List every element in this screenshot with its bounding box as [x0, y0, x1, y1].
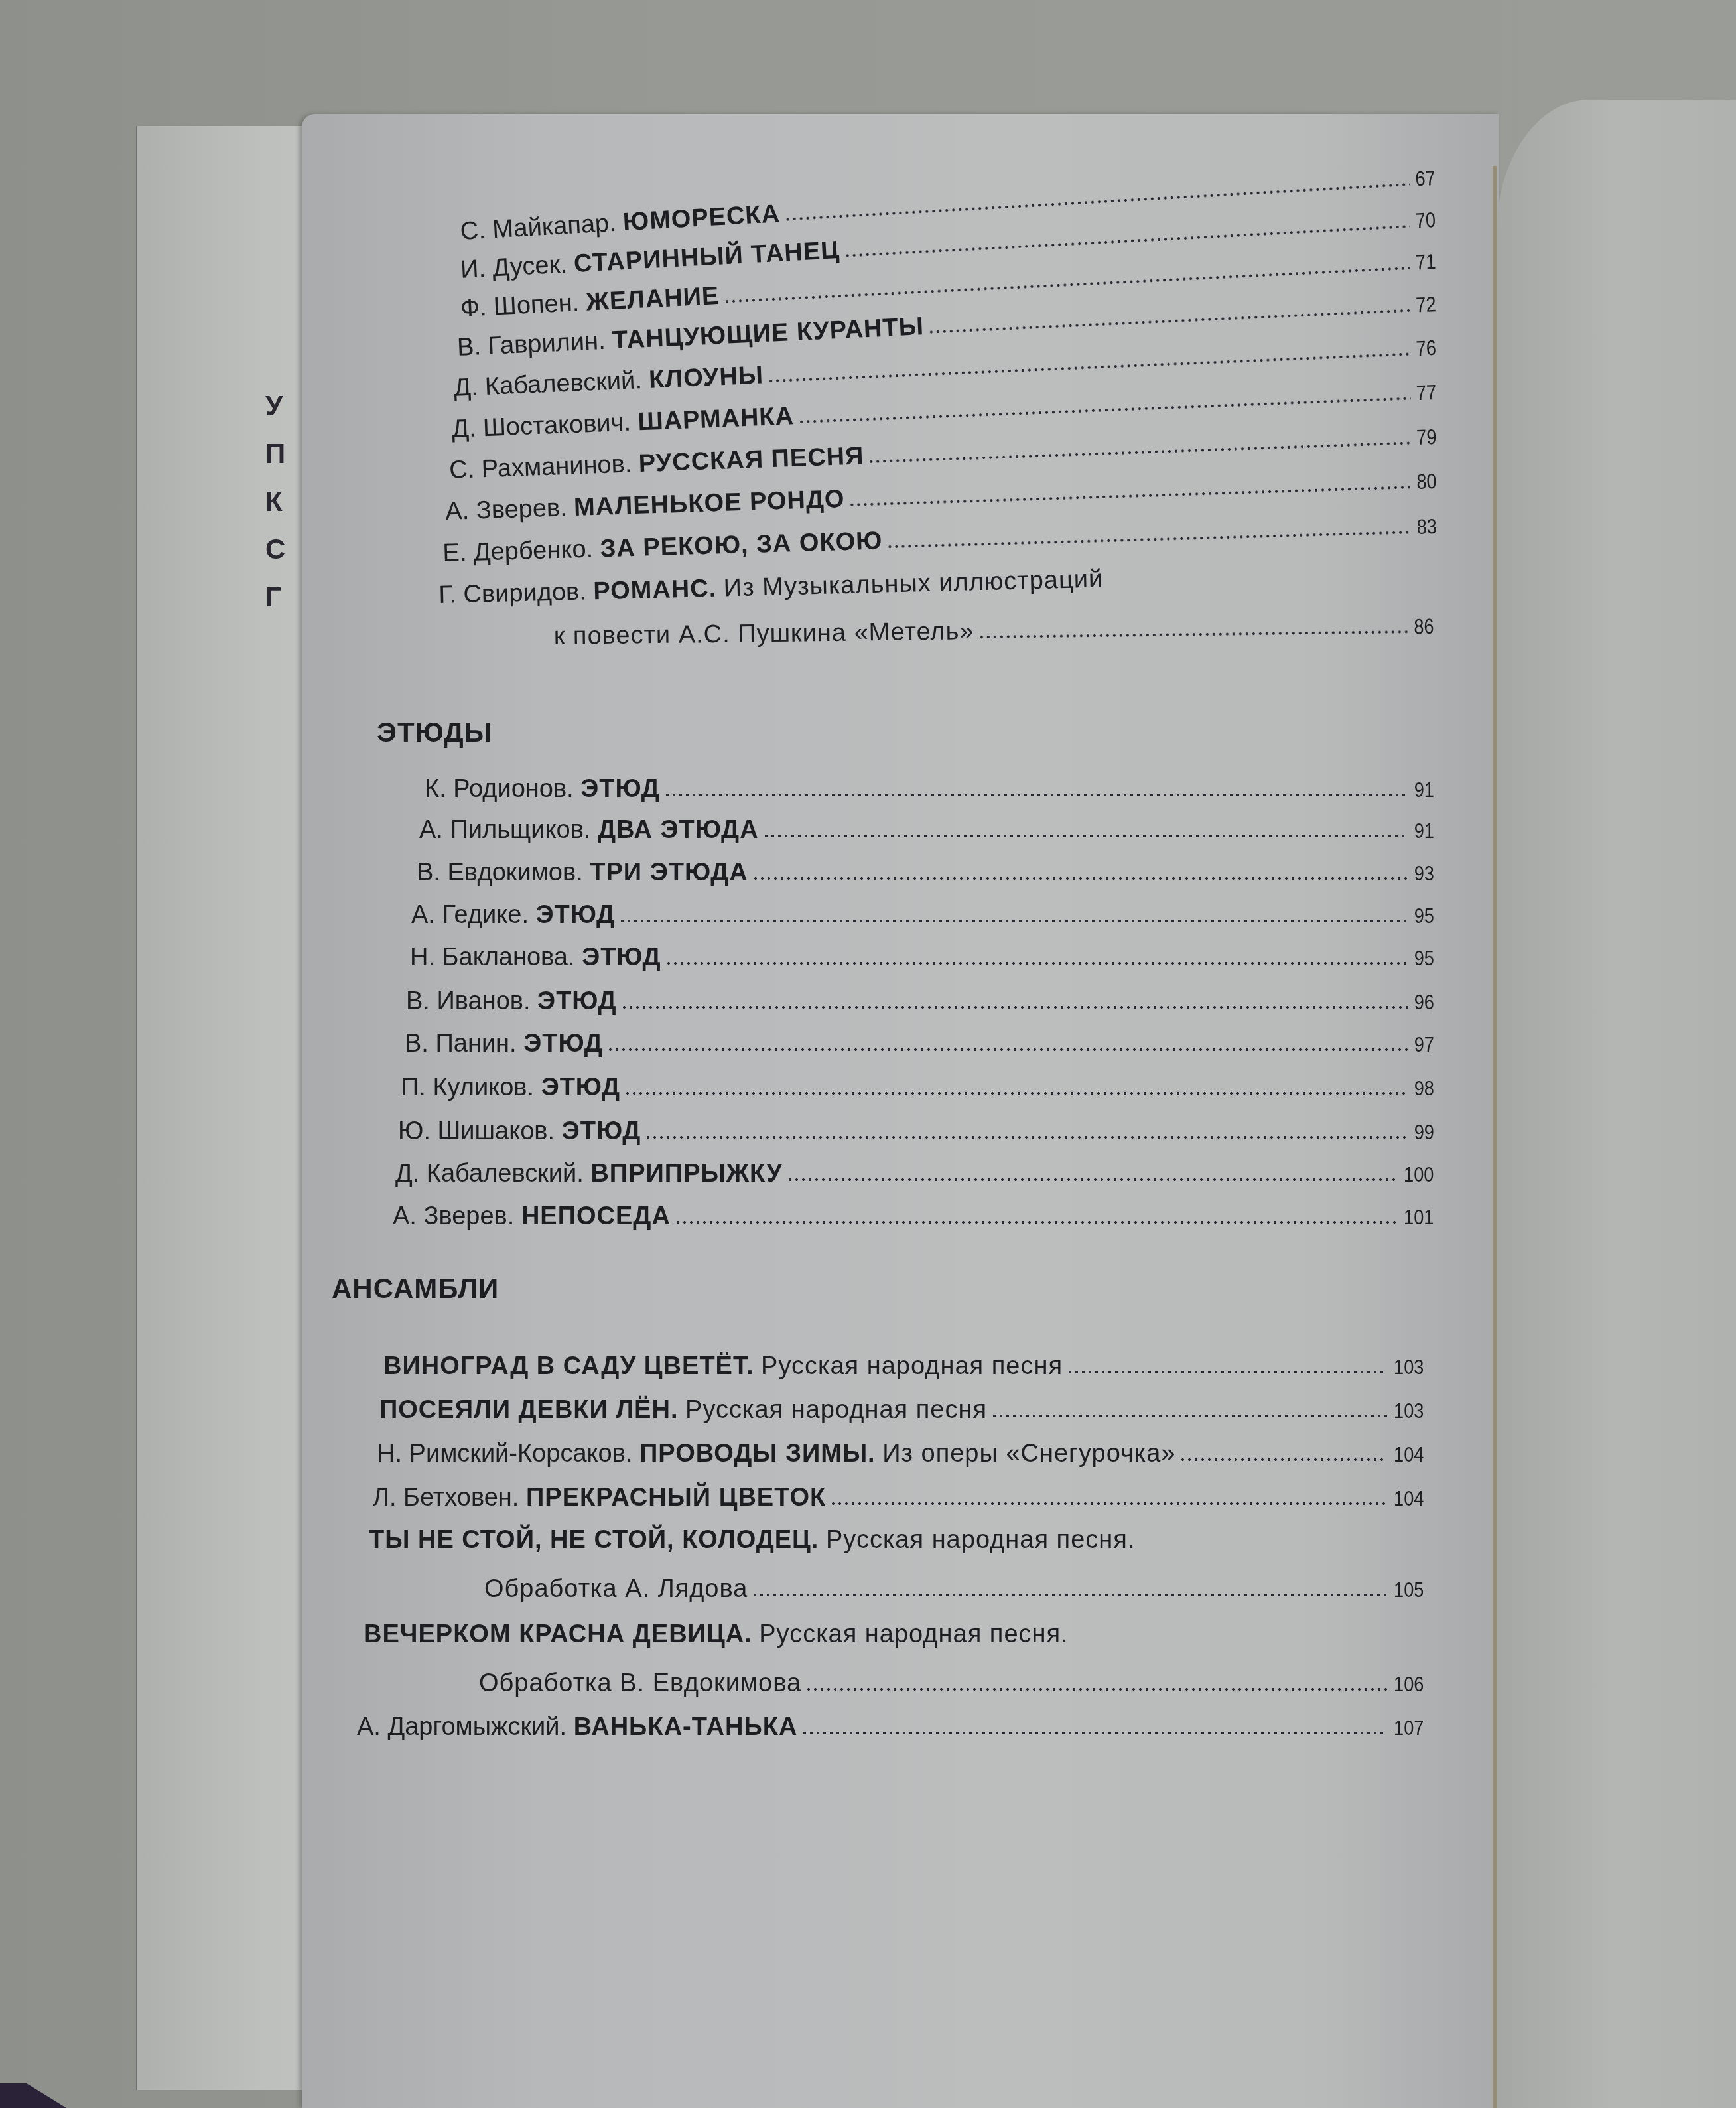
entry-page-number: 67 [1415, 167, 1436, 190]
entry-page-number: 97 [1414, 1034, 1434, 1055]
entry-title: ЭТЮД [562, 1119, 641, 1144]
entry-title: СТАРИННЫЙ ТАНЕЦ [573, 238, 840, 277]
entry-page-number: 83 [1417, 516, 1437, 537]
entry-title: ПРОВОДЫ ЗИМЫ. [639, 1441, 876, 1466]
section-heading-ensembles: АНСАМБЛИ [332, 1273, 499, 1304]
entry-page-number: 95 [1414, 905, 1434, 926]
entry-page-number: 104 [1394, 1444, 1424, 1465]
entry-author: С. Рахманинов. [449, 451, 632, 483]
entry-author: Д. Шостакович. [452, 410, 632, 442]
dot-leader [868, 441, 1412, 463]
toc-entry[interactable]: ТЫ НЕ СТОЙ, НЕ СТОЙ, КОЛОДЕЦ. Русская на… [369, 1527, 1135, 1553]
dot-leader [752, 1594, 1386, 1596]
entry-page-number: 86 [1414, 616, 1435, 637]
dot-leader [805, 1688, 1387, 1691]
entry-title: ЮМОРЕСКА [622, 201, 781, 235]
entry-title: ПРЕКРАСНЫЙ ЦВЕТОК [526, 1485, 826, 1510]
entry-author: Л. Бетховен. [373, 1485, 519, 1510]
entry-page-number: 103 [1394, 1400, 1424, 1421]
entry-subtitle: Русская народная песня [761, 1354, 1063, 1379]
entry-title: ТЫ НЕ СТОЙ, НЕ СТОЙ, КОЛОДЕЦ. [369, 1527, 819, 1553]
entry-author: С. Майкапар. [460, 210, 617, 244]
entry-author: В. Панин. [405, 1031, 517, 1056]
dot-leader [830, 1502, 1386, 1505]
toc-entry[interactable]: Л. Бетховен. ПРЕКРАСНЫЙ ЦВЕТОК104 [373, 1485, 1426, 1510]
entry-title: ЭТЮД [537, 989, 617, 1014]
entry-title: ТАНЦУЮЩИЕ КУРАНТЫ [612, 314, 925, 353]
entry-page-number: 99 [1414, 1121, 1434, 1143]
toc-entry-continuation[interactable]: Обработка А. Лядова105 [484, 1577, 1426, 1602]
entry-title: ВАНЬКА-ТАНЬКА [574, 1715, 798, 1740]
toc-entry[interactable]: Ю. Шишаков. ЭТЮД99 [398, 1119, 1436, 1144]
entry-author: В. Иванов. [406, 989, 531, 1014]
entry-page-number: 104 [1394, 1488, 1424, 1509]
toc-entry-continuation[interactable]: к повести А.С. Пушкина «Метель»86 [554, 613, 1436, 649]
entry-author: А. Пильщиков. [419, 817, 590, 843]
entry-title: НЕПОСЕДА [521, 1204, 671, 1229]
entry-title: ЗА РЕКОЮ, ЗА ОКОЮ [600, 529, 883, 562]
toc-entry[interactable]: ВЕЧЕРКОМ КРАСНА ДЕВИЦА. Русская народная… [364, 1622, 1069, 1647]
toc-entry[interactable]: П. Куликов. ЭТЮД98 [401, 1075, 1436, 1100]
toc-entry[interactable]: Д. Кабалевский. ВПРИПРЫЖКУ100 [395, 1161, 1436, 1186]
dot-leader [624, 1092, 1408, 1095]
table-of-contents: С. Майкапар. ЮМОРЕСКА67И. Дусек. СТАРИНН… [0, 0, 1736, 2108]
dot-leader [763, 835, 1409, 837]
entry-title: ТРИ ЭТЮДА [590, 860, 748, 885]
entry-title: ВЕЧЕРКОМ КРАСНА ДЕВИЦА. [364, 1622, 752, 1647]
entry-page-number: 76 [1416, 337, 1437, 359]
entry-author: А. Гедике. [411, 902, 529, 928]
toc-entry-continuation[interactable]: Обработка В. Евдокимова106 [479, 1671, 1426, 1696]
entry-author: Ю. Шишаков. [398, 1119, 555, 1144]
dot-leader [844, 225, 1410, 257]
entry-page-number: 96 [1414, 991, 1434, 1013]
entry-author: Г. Свиридов. [438, 579, 586, 608]
entry-title: ЭТЮД [580, 776, 660, 802]
entry-title: ПОСЕЯЛИ ДЕВКИ ЛЁН. [379, 1397, 679, 1423]
entry-author: И. Дусек. [460, 252, 568, 283]
entry-subtitle: Из оперы «Снегурочка» [882, 1441, 1175, 1466]
dot-leader [664, 794, 1409, 796]
dot-leader [849, 486, 1412, 506]
dot-leader [1179, 1458, 1386, 1461]
toc-entry[interactable]: А. Зверев. НЕПОСЕДА101 [393, 1204, 1436, 1229]
toc-entry[interactable]: К. Родионов. ЭТЮД91 [425, 776, 1436, 802]
dot-leader [798, 397, 1411, 423]
entry-author: Ф. Шопен. [460, 290, 580, 321]
entry-subtitle: Русская народная песня [685, 1397, 987, 1423]
toc-entry[interactable]: Н. Римский-Корсаков. ПРОВОДЫ ЗИМЫ. Из оп… [377, 1441, 1426, 1466]
entry-title: ШАРМАНКА [637, 403, 795, 435]
entry-title: РУССКАЯ ПЕСНЯ [638, 443, 864, 476]
toc-entry[interactable]: ПОСЕЯЛИ ДЕВКИ ЛЁН. Русская народная песн… [379, 1397, 1426, 1423]
entry-continuation: Обработка А. Лядова [484, 1577, 748, 1602]
entry-author: Н. Бакланова. [410, 945, 575, 970]
dot-leader [675, 1221, 1397, 1224]
entry-page-number: 101 [1404, 1206, 1434, 1228]
dot-leader [665, 962, 1409, 965]
entry-subtitle: Русская народная песня. [759, 1622, 1068, 1647]
toc-entry[interactable]: Г. Свиридов. РОМАНС. Из Музыкальных иллю… [438, 567, 1104, 608]
entry-page-number: 103 [1394, 1356, 1424, 1377]
entry-continuation: к повести А.С. Пушкина «Метель» [554, 618, 974, 649]
entry-author: Д. Кабалевский. [453, 368, 642, 401]
entry-page-number: 79 [1416, 426, 1437, 448]
entry-subtitle: Русская народная песня. [826, 1527, 1135, 1553]
dot-leader [607, 1048, 1409, 1051]
toc-entry[interactable]: В. Евдокимов. ТРИ ЭТЮДА93 [417, 860, 1436, 885]
dot-leader [928, 309, 1410, 334]
dot-leader [978, 630, 1409, 638]
entry-page-number: 100 [1404, 1164, 1434, 1185]
entry-continuation: Обработка В. Евдокимова [479, 1671, 801, 1696]
toc-entry[interactable]: В. Иванов. ЭТЮД96 [406, 989, 1436, 1014]
entry-author: А. Зверев. [445, 495, 567, 524]
dot-leader [801, 1732, 1386, 1734]
entry-author: Е. Дербенко. [442, 537, 594, 566]
dot-leader [645, 1136, 1408, 1139]
entry-title: МАЛЕНЬКОЕ РОНДО [574, 486, 845, 520]
dot-leader [752, 877, 1409, 880]
dot-leader [1067, 1371, 1387, 1373]
entry-title: ЖЕЛАНИЕ [586, 283, 720, 315]
dot-leader [886, 531, 1411, 548]
entry-subtitle: Из Музыкальных иллюстраций [723, 567, 1103, 601]
entry-title: КЛОУНЫ [649, 362, 764, 392]
entry-title: ВИНОГРАД В САДУ ЦВЕТЁТ. [383, 1354, 754, 1379]
entry-title: ВПРИПРЫЖКУ [590, 1161, 782, 1186]
dot-leader [619, 920, 1408, 922]
entry-page-number: 93 [1414, 863, 1434, 884]
entry-author: В. Евдокимов. [417, 860, 583, 885]
entry-page-number: 70 [1415, 209, 1436, 232]
entry-page-number: 72 [1416, 293, 1437, 315]
entry-author: П. Куликов. [401, 1075, 534, 1100]
entry-author: Н. Римский-Корсаков. [377, 1441, 632, 1466]
toc-entry[interactable]: А. Даргомыжский. ВАНЬКА-ТАНЬКА107 [357, 1715, 1426, 1740]
entry-page-number: 98 [1414, 1078, 1434, 1099]
entry-author: А. Зверев. [393, 1204, 514, 1229]
dot-leader [768, 353, 1411, 383]
toc-entry[interactable]: А. Пильщиков. ДВА ЭТЮДА91 [419, 817, 1436, 843]
toc-entry[interactable]: В. Панин. ЭТЮД97 [405, 1031, 1436, 1056]
entry-page-number: 80 [1416, 470, 1437, 492]
entry-title: ЭТЮД [582, 945, 661, 970]
entry-page-number: 105 [1394, 1579, 1424, 1600]
toc-entry[interactable]: Н. Бакланова. ЭТЮД95 [410, 945, 1436, 970]
toc-entry[interactable]: А. Гедике. ЭТЮД95 [411, 902, 1436, 928]
entry-page-number: 95 [1414, 948, 1434, 969]
entry-page-number: 106 [1394, 1673, 1424, 1695]
entry-title: ДВА ЭТЮДА [598, 817, 759, 843]
toc-entry[interactable]: ВИНОГРАД В САДУ ЦВЕТЁТ. Русская народная… [383, 1354, 1426, 1379]
entry-page-number: 91 [1414, 779, 1434, 800]
entry-page-number: 107 [1394, 1717, 1424, 1738]
entry-title: РОМАНС. [593, 576, 717, 604]
entry-title: ЭТЮД [541, 1075, 621, 1100]
entry-page-number: 91 [1414, 820, 1434, 841]
entry-author: Д. Кабалевский. [395, 1161, 584, 1186]
entry-author: В. Гаврилин. [456, 328, 606, 360]
entry-title: ЭТЮД [536, 902, 616, 928]
section-heading-etudes: ЭТЮДЫ [377, 717, 492, 748]
entry-page-number: 77 [1416, 382, 1437, 403]
entry-author: А. Даргомыжский. [357, 1715, 567, 1740]
entry-title: ЭТЮД [523, 1031, 603, 1056]
entry-author: К. Родионов. [425, 776, 574, 802]
dot-leader [621, 1006, 1409, 1009]
dot-leader [787, 1178, 1397, 1181]
entry-page-number: 71 [1416, 251, 1437, 273]
dot-leader [991, 1415, 1387, 1417]
